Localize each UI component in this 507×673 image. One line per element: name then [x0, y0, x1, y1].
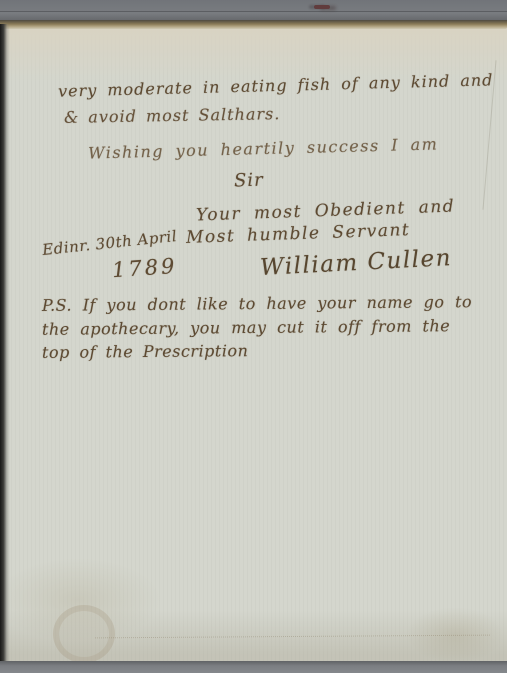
red-ink-mark: [314, 5, 330, 9]
letter-body-line-2: & avoid most Salthars.: [64, 104, 281, 127]
letter-postscript-line-3: top of the Prescription: [42, 341, 249, 362]
scan-background-bottom: [0, 661, 507, 673]
letter-postscript-line-1: P.S. If you dont like to have your name …: [42, 292, 472, 315]
paper-stain: [53, 605, 115, 663]
letter-scan: very moderate in eating fish of any kind…: [0, 0, 507, 673]
binding-shadow: [0, 24, 10, 662]
letter-postscript-line-2: the apothecary, you may cut it off from …: [42, 316, 450, 339]
letter-dateline-year: 1789: [111, 254, 178, 283]
letter-salutation: Sir: [234, 169, 264, 191]
page-top-edge: [0, 20, 507, 29]
scan-artifact-line: [0, 11, 507, 12]
